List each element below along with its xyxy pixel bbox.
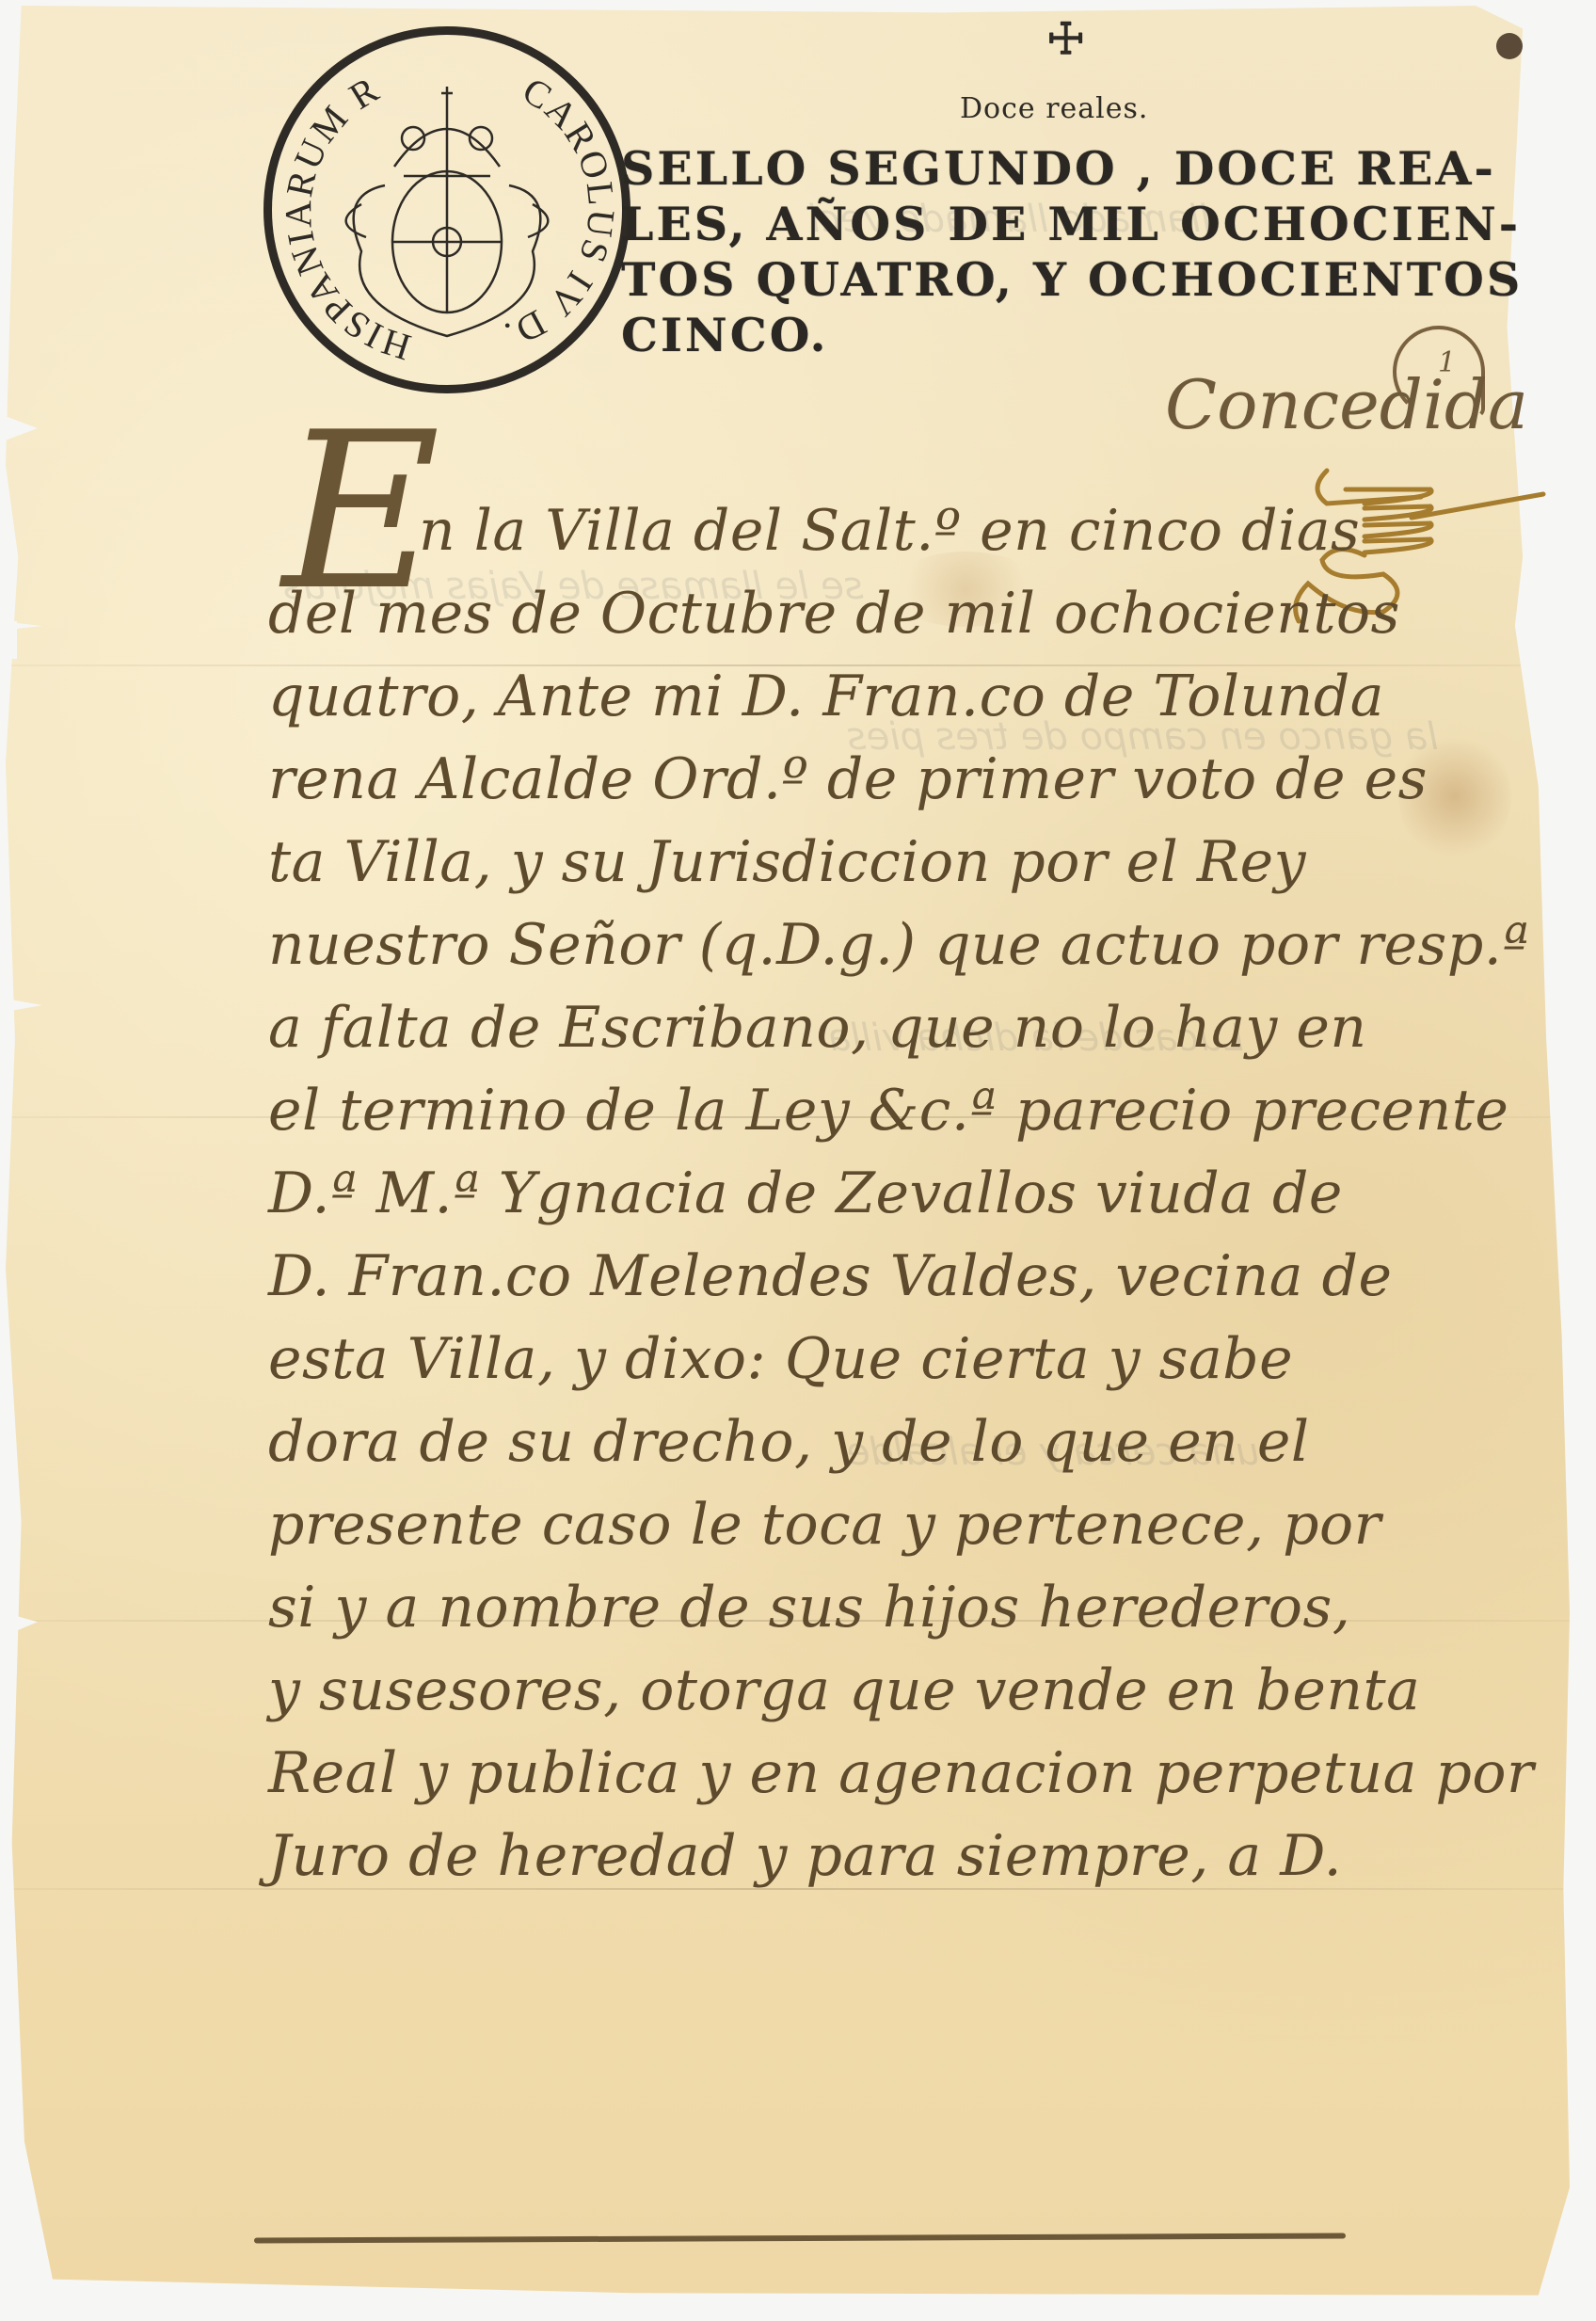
manuscript-line: Juro de heredad y para siempre, a D. (268, 1815, 1416, 1897)
manuscript-line: del mes de Octubre de mil ochocientos (268, 572, 1416, 655)
manuscript-line: D. Fran.co Melendes Valdes, vecina de (268, 1235, 1416, 1318)
manuscript-line: rena Alcalde Ord.º de primer voto de es (268, 738, 1416, 821)
manuscript-line: si y a nombre de sus hijos herederos, (268, 1566, 1416, 1649)
manuscript-line: dora de su drecho, y de lo que en el (268, 1401, 1416, 1483)
manuscript-line: ta Villa, y su Jurisdiccion por el Rey (268, 821, 1416, 904)
manuscript-body: n la Villa del Salt.º en cinco dias del … (268, 489, 1416, 1897)
stamp-line: SELLO SEGUNDO , DOCE REA- (621, 141, 1468, 197)
manuscript-line: quatro, Ante mi D. Fran.co de Tolunda (268, 655, 1416, 738)
royal-seal: CAROLUS IV D.G. HISPANIARUM REX. (263, 26, 630, 393)
stamp-line: CINCO. (621, 308, 1468, 363)
manuscript-line: esta Villa, y dixo: Que cierta y sabe (268, 1318, 1416, 1401)
manuscript-line: nuestro Señor (q.D.g.) que actuo por res… (268, 904, 1416, 986)
pin-hole (1496, 33, 1523, 59)
manuscript-line: n la Villa del Salt.º en cinco dias (296, 489, 1416, 572)
manuscript-line: y susesores, otorga que vende en benta (268, 1649, 1416, 1732)
manuscript-line: el termino de la Ley &c.ª parecio precen… (268, 1069, 1416, 1152)
stamp-line: TOS QUATRO, Y OCHOCIENTOS (621, 252, 1468, 308)
stamp-header: SELLO SEGUNDO , DOCE REA- LES, AÑOS DE M… (621, 141, 1468, 363)
margin-note: Concedida (1165, 365, 1528, 444)
manuscript-line: presente caso le toca y pertenece, por (268, 1483, 1416, 1566)
manuscript-line: Real y publica y en agenacion perpetua p… (268, 1732, 1416, 1815)
manuscript-line: D.ª M.ª Ygnacia de Zevallos viuda de (268, 1152, 1416, 1235)
coat-of-arms-icon: CAROLUS IV D.G. HISPANIARUM REX. (272, 35, 622, 385)
stamp-price-label: Doce reales. (960, 92, 1148, 125)
manuscript-line: a falta de Escribano, que no lo hay en (268, 986, 1416, 1069)
stamp-line: LES, AÑOS DE MIL OCHOCIEN- (621, 197, 1468, 252)
cross-icon: ☩ (1046, 13, 1085, 64)
seal-legend-left: HISPANIARUM REX. (272, 35, 416, 369)
